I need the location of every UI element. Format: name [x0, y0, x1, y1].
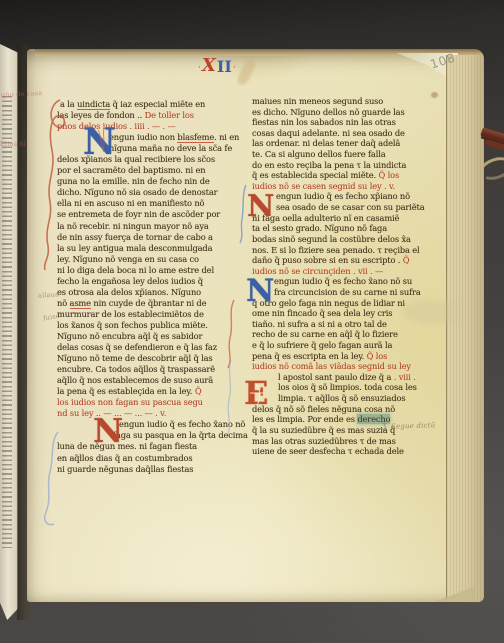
manuscript-photo: · X II · 108 a la uindicta q̃ iaz especi…: [0, 0, 504, 643]
pen-flourish-decoration: [0, 0, 504, 643]
